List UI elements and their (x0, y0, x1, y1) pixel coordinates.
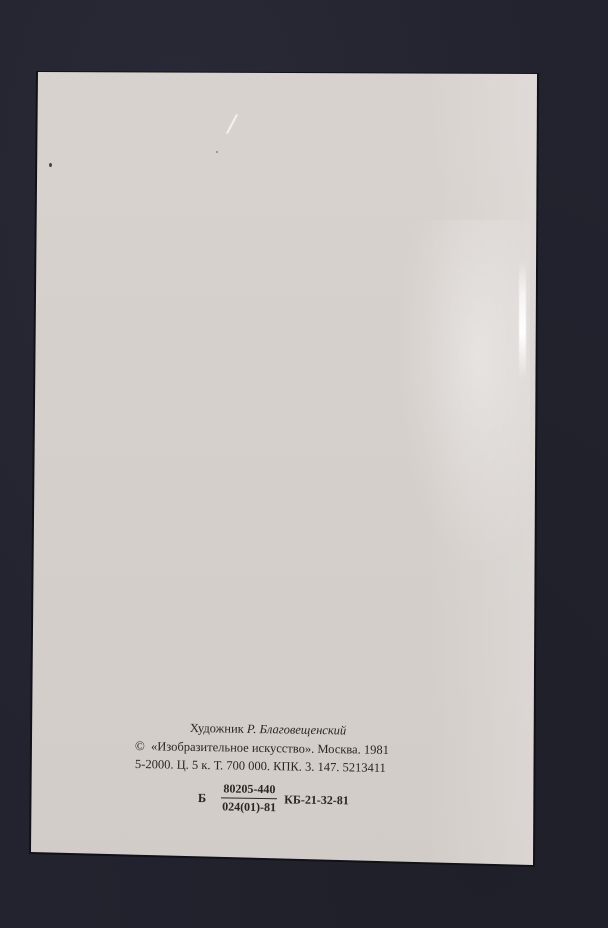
catalog-denominator: 024(01)-81 (220, 798, 278, 815)
catalog-code: Б 80205-440 024(01)-81 КБ-21-32-81 (198, 781, 349, 816)
catalog-letter: Б (198, 789, 207, 807)
artist-label: Художник (190, 721, 244, 736)
artist-name: Р. Благовещенский (247, 722, 347, 738)
catalog-fraction: 80205-440 024(01)-81 (220, 781, 279, 815)
publisher-imprint: Художник Р. Благовещенский © «Изобразите… (0, 0, 608, 928)
order-line: 5-2000. Ц. 5 к. Т. 700 000. КПК. 3. 147.… (135, 755, 386, 777)
catalog-kb-code: КБ-21-32-81 (284, 790, 349, 809)
catalog-numerator: 80205-440 (221, 781, 277, 799)
copyright-text: «Изобразительное искусство». Москва. 198… (151, 739, 389, 757)
copyright-symbol: © (135, 738, 145, 753)
artist-credit: Художник Р. Благовещенский (190, 719, 347, 739)
